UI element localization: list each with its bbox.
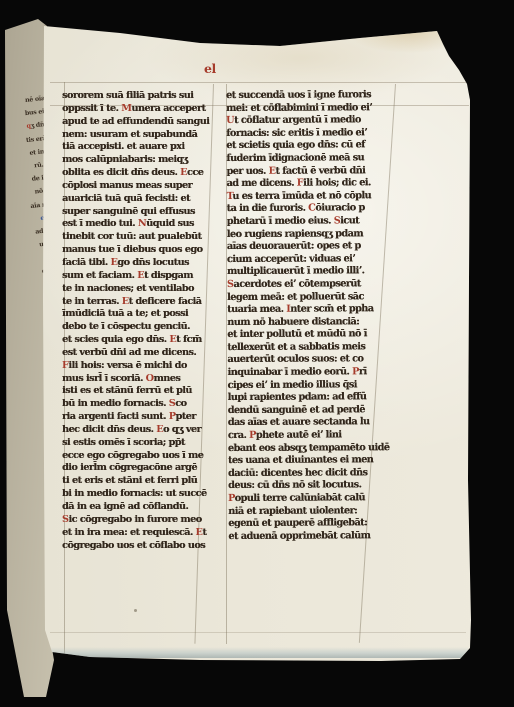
- text-line: faciā tibi. Ego dn̄s locutus: [62, 257, 215, 270]
- text-line: nem: usuram et supabundā: [62, 129, 215, 142]
- text-line: tellexerūt et a sabbatis meis: [227, 341, 399, 354]
- text-line: tinebit cor tuū: aut pualebūt: [62, 231, 215, 244]
- text-line: aīas deuorauerūt: opes et p: [227, 240, 399, 253]
- text-line: niā et rapiebant uiolenter:: [228, 505, 400, 518]
- text-line: si estis omēs ī scoria; pp̄t: [62, 437, 215, 450]
- text-line: debo te ī cōspectu genciū.: [62, 321, 215, 334]
- text-line: oppssit ī te. Munera accepert: [62, 103, 215, 116]
- text-line: Ut cōflatur argentū ī medio: [226, 114, 398, 127]
- text-line: oblita es dicit dn̄s deus. Ecce: [62, 167, 215, 180]
- photo-background: nē oīabus eiʼqʒ dn̄stis erātet iniqrū. S…: [0, 0, 514, 707]
- text-line: super sanguinē qui effusus: [62, 206, 215, 219]
- text-line: cium acceperūt: viduas eiʼ: [227, 253, 399, 266]
- text-line: lupi rapientes pdam: ad effū: [228, 391, 400, 404]
- text-line: Sacerdotes eiʼ cōtempserūt: [227, 278, 399, 291]
- text-line: deus: cū dn̄s nō sit locutus.: [228, 480, 400, 493]
- running-title: el: [204, 61, 216, 76]
- text-line: egenū et pauperē affligebāt:: [228, 517, 400, 530]
- text-line: dendū sanguinē et ad perdē: [228, 404, 400, 417]
- text-line: hec dicit dn̄s deus. Eo qʒ ver: [62, 424, 215, 437]
- text-line: auariciā tuā quā fecisti: et: [62, 193, 215, 206]
- text-line: fornacis: sic eritis ī medio eiʼ: [226, 127, 398, 140]
- text-line: isti es et stānū ferrū et plū: [62, 385, 215, 398]
- text-line: legem meā: et polluerūt sāc: [227, 291, 399, 304]
- text-line: ad me dicens. Fili hois; dic ei.: [226, 177, 398, 190]
- text-line: inquinabar ī medio eorū. Prī: [227, 366, 399, 379]
- text-line: te in terras. Et deficere faciā: [62, 296, 215, 309]
- text-line: sum et faciam. Et dispgam: [62, 270, 215, 283]
- text-line: cra. Pphete autē eiʼ lini: [228, 429, 400, 442]
- text-line: daciū: dicentes hec dicit dn̄s: [228, 467, 400, 480]
- text-column-right: et succendā uos ī igne furorismei: et cō…: [226, 89, 400, 546]
- text-line: per uos. Et factū ē verbū dn̄i: [226, 165, 398, 178]
- text-line: fuderim īdignacionē meā su: [226, 152, 398, 165]
- text-line: num nō habuere distanciā:: [227, 316, 399, 329]
- text-line: cōplosi manus meas super: [62, 180, 215, 193]
- text-line: Fili hois: versa ē michi do: [62, 360, 215, 373]
- text-line: leo rugiens rapiensqʒ pdam: [227, 228, 399, 241]
- text-line: tuaria mea. Inter scm̄ et ppha: [227, 303, 399, 316]
- text-line: est verbū dn̄i ad me dicens.: [62, 347, 215, 360]
- text-line: cōgregabo uos et cōflabo uos: [62, 540, 215, 553]
- manuscript-page: el sororem suā filiā patris suioppssit ī…: [0, 0, 514, 707]
- text-line: mos calūpniabaris: meiqʒ: [62, 154, 215, 167]
- ruling-horizontal-top: [50, 82, 466, 83]
- text-line: Populi terre calūniabāt calū: [228, 492, 400, 505]
- text-line: cipes eiʼ in medio illius q̄si: [228, 379, 400, 392]
- text-line: et in ira mea: et requiescā. Et: [62, 527, 215, 540]
- text-line: Tu es terra īmūda et nō cōplu: [227, 190, 399, 203]
- text-line: et aduenā opprimebāt calūm: [228, 530, 400, 543]
- text-line: dā in ea ignē ad cōflandū.: [62, 501, 215, 514]
- text-line: ria argenti facti sunt. Ppter: [62, 411, 215, 424]
- text-line: tiā accepisti. et auare pxi: [62, 141, 215, 154]
- text-line: Sic cōgregabo in furore meo: [62, 514, 215, 527]
- text-line: ta in die furoris. Cōiuracio p: [227, 202, 399, 215]
- text-line: bi in medio fornacis: ut succē: [62, 488, 215, 501]
- text-line: auerterūt oculos suos: et co: [227, 354, 399, 367]
- text-line: sororem suā filiā patris sui: [62, 90, 215, 103]
- text-line: et scies quia ego dn̄s. Et fcm̄: [62, 334, 215, 347]
- text-line: est ī medio tui. Nūquid sus: [62, 218, 215, 231]
- text-line: mei: et cōflabimini ī medio eiʼ: [226, 102, 398, 115]
- text-line: das aīas et auare sectanda lu: [228, 417, 400, 430]
- text-line: et inter pollutū et mūdū nō ī: [227, 328, 399, 341]
- text-line: dio ierl̄m cōgregacōne argē: [62, 462, 215, 475]
- text-line: te in naciones; et ventilabo: [62, 283, 215, 296]
- text-line: ecce ego cōgregabo uos ī me: [62, 450, 215, 463]
- text-line: et scietis quia ego dn̄s: cū ef: [226, 139, 398, 152]
- text-column-left: sororem suā filiā patris suioppssit ī te…: [62, 90, 215, 555]
- text-line: ti et eris et stāni et ferri plū: [62, 475, 215, 488]
- text-line: apud te ad effundendū sangui: [62, 116, 215, 129]
- text-line: bū in medio fornacis. Sco: [62, 398, 215, 411]
- text-line: manus tue ī diebus quos ego: [62, 244, 215, 257]
- ruling-horizontal-bottom: [50, 632, 466, 633]
- text-line: tes uana et diuinantes ei men: [228, 454, 400, 467]
- text-line: mus isrl̄ ī scoriā. Omnes: [62, 373, 215, 386]
- ink-speck: [134, 609, 137, 612]
- text-line: ebant eos absqʒ tempamēto uidē: [228, 442, 400, 455]
- text-line: multiplicauerūt ī medio illiʼ.: [227, 265, 399, 278]
- page-bottom-edge-highlight: [48, 647, 468, 658]
- text-line: īmūdiciā tuā a te; et possi: [62, 308, 215, 321]
- text-line: et succendā uos ī igne furoris: [226, 89, 398, 102]
- text-line: phetarū ī medio eius. Sicut: [227, 215, 399, 228]
